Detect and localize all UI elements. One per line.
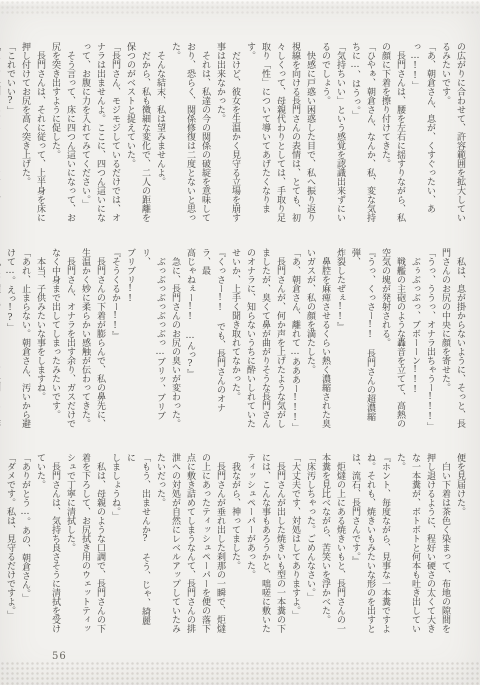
text-column: 長門さんの下着が膨らんで、私の鼻先に、 — [92, 248, 107, 428]
text-column: の上にあったティッシュペーパーを便の落下 — [197, 453, 212, 633]
text-column: そんな結末、私は望みませんよ。 — [152, 42, 167, 222]
text-column: 空気の塊が発射される。 — [377, 248, 392, 428]
text-column: 「はい、長門さん、出していいですよ。」 — [0, 42, 2, 222]
text-column: 「あれ、止まらない。朝倉さん、汚いから避 — [17, 248, 32, 428]
text-column: 急に、長門さんのお尻の臭いが変わった。 — [167, 248, 182, 428]
text-column: 『そうくるかー!!』 — [107, 248, 122, 428]
text-column: ぶっぶっぶっぶっぶっ…ブリッ、ブリブリ、 — [137, 248, 167, 428]
text-column: 炸裂したぜぇ!!』 — [332, 248, 347, 428]
text-column: 長門さんが垂れ出した刹那の一瞬で、炬燵 — [212, 453, 227, 633]
text-column: の広がりに合わせて、許容範囲を拡大してい — [452, 42, 467, 222]
text-column: なく中身まで出してしまったみたいです。 — [47, 248, 62, 428]
text-column: 門さんのお尻の中央に顔を寄せた。 — [437, 248, 452, 428]
text-column: 「長門さん、モジモジしているだけでは、オ — [107, 42, 122, 222]
text-column: 快感に戸惑い困惑した目で、私へ振り返り — [302, 42, 317, 222]
text-column: 「大丈夫です、対処はしてありますよ。」 — [287, 453, 302, 633]
text-column: 点に敷き詰めてしまうなんて、長門さんの排 — [182, 453, 197, 633]
scan-edge-highlight — [0, 0, 480, 6]
page-number: 56 — [52, 651, 67, 662]
text-column: ましたが、臭くて鼻が曲がりそうな長門さん — [257, 248, 272, 428]
text-column: 押し退けるように、程好い硬さの太くて大き — [422, 453, 437, 633]
text-column: 長門さんが出した焼きいも型の一本糞の下 — [272, 453, 287, 633]
text-band-top: の広がりに合わせて、許容範囲を拡大しているみたいです。「あ、朝倉さん、息が、くす… — [0, 42, 467, 222]
text-column: 事は出来なかった。 — [212, 42, 227, 222]
text-column: 押し付けてお尻を高く突き上げた。 — [17, 42, 32, 222]
text-column: 「気持ちいい」という感覚を認識出来ずにい — [332, 42, 347, 222]
text-column: には、こんな事もあろうかと、咄嗟に敷いた — [257, 453, 272, 633]
text-column: るみたいです。 — [437, 42, 452, 222]
text-column: 「あ、朝倉さん、離れて…あああー!!!」 — [287, 248, 302, 428]
text-column: 長門さんは、気持ち良さそうに清拭を受け — [47, 453, 62, 633]
text-column: せいか、上手く聞き取れてなかった。 — [227, 248, 242, 428]
text-column: 白い下着は茶色く染まって、布地の隙間を — [437, 453, 452, 633]
text-column: たいだった。 — [152, 453, 167, 633]
text-column: の顔に下着を擦り付けてきた。 — [377, 42, 392, 222]
text-column: ちに…、はうっ。」 — [347, 42, 362, 222]
text-column: は、流石、長門さんです。』 — [347, 453, 362, 633]
text-column: だから、私も微細な変化で、二人の距離を — [137, 42, 152, 222]
text-column: ブリブリ!! — [122, 248, 137, 428]
text-column: だけど、彼女を生温かく見守る立場を崩す — [227, 42, 242, 222]
text-column: ぶぅぶっぶっ、ブボーーン!!! — [407, 248, 422, 428]
text-column: 『ホント、毎度ながら、見事な一本糞ですよ — [377, 453, 392, 633]
text-column: けて…。えっ!?」 — [2, 248, 17, 428]
text-column: 取り「性」について導いてあげたくなります。 — [242, 42, 272, 222]
text-column: 長門さんは、腰を左右に揺すりながら、私 — [392, 42, 407, 222]
text-column: 本当、子供みたいな事をしますね。 — [32, 248, 47, 428]
text-column: 生温かく妙に柔らかい感触が伝わってきた。 — [77, 248, 92, 428]
text-column: 「もう、出ませんか? そう、じゃ、綺麗に — [122, 453, 152, 633]
text-column: 着を下ろして、お尻拭き用のウェットティッ — [77, 453, 92, 633]
text-column: 長門さんが、何か声を上げたような気がし — [272, 248, 287, 428]
text-column: 々しくって、母親代わりとしては、手取り足 — [272, 42, 287, 222]
text-column: それは、私達の今の関係の破綻を意味して — [197, 42, 212, 222]
text-column: 『くっさー!! でも、長門さんのオナラ、最 — [197, 248, 227, 428]
text-column: 私は、母親のような口調で、長門さんの下 — [92, 453, 107, 633]
text-column: そう言って、床に四つん這いになって、お — [62, 42, 77, 222]
text-column: いガスが、私の顔を満たした。 — [302, 248, 317, 428]
text-column: 視線を向ける長門さんの表情は、とても、初 — [287, 42, 302, 222]
text-column: 「あ、朝倉さん、息が、くすぐったい、あっ…!!」 — [407, 42, 437, 222]
text-column: ていた。 — [32, 453, 47, 633]
text-column: 炬燵の上にある焼きいもと、長門さんの一 — [332, 453, 347, 633]
text-column: 便を見届けた。 — [452, 453, 467, 633]
text-column: 「うっ、ううっ、オナラ出ちゃうー!!!」 — [422, 248, 437, 428]
text-column: 私は、顔を背けることなく、長門さんの排 — [0, 248, 2, 428]
scanned-book-page: の広がりに合わせて、許容範囲を拡大しているみたいです。「あ、朝倉さん、息が、くす… — [0, 0, 480, 685]
text-column: 『うっ、くっさー!! 長門さんの超濃縮弾、 — [347, 248, 377, 428]
text-column: 「ひやぁ、朝倉さん、なんか、私、変な気持 — [362, 42, 377, 222]
scan-halftone-bottom — [0, 661, 480, 685]
text-column: 「これでいい?」 — [2, 42, 17, 222]
text-column: 我ながら、神ってました。 — [227, 453, 242, 633]
text-band-middle: 私は、息が掛からないように、そっと、長門さんのお尻の中央に顔を寄せた。「うっ、う… — [0, 248, 467, 428]
text-column: な一本糞が、ボトボトと何本も吐き出していた。 — [392, 453, 422, 633]
text-column: ね。それも、焼きいもみたいな形のを出すと — [362, 453, 377, 633]
text-column: って、お腹に力を入れてみてください。」 — [77, 42, 92, 222]
text-column: 私は、息が掛からないように、そっと、長 — [452, 248, 467, 428]
text-column: のオナラに、知らないうちに酔いしれていた — [242, 248, 257, 428]
text-column: 高じゃねぇー!! …んっ?』 — [182, 248, 197, 428]
text-column: 戦艦の主砲のような轟音を立てて、高熱の — [392, 248, 407, 428]
text-column: るのでしょう。 — [317, 42, 332, 222]
text-column: シュで丁寧に清拭した。 — [62, 453, 77, 633]
text-column: 「床汚しちゃった。ごめんなさい。」 — [302, 453, 317, 633]
text-column: おり、恐らく、関係修復は二度とないと思った。 — [167, 42, 197, 222]
text-band-bottom: 便を見届けた。 白い下着は茶色く染まって、布地の隙間を押し退けるように、程好い硬… — [2, 453, 467, 633]
text-column: ナラは出ませんよ。ここに、四つん這いにな — [92, 42, 107, 222]
text-column: 長門さん、オナラを出す余り、ガスだけで — [62, 248, 77, 428]
text-column: ティッシュペーパーがあった。 — [242, 453, 257, 633]
text-column: しましょうね。」 — [107, 453, 122, 633]
scan-halftone-top — [0, 0, 480, 14]
text-column: 泄への対処が自然にレベルアップしていたみ — [167, 453, 182, 633]
text-column: 「ありがとう…。あの、朝倉さん。」 — [17, 453, 32, 633]
text-column: 本糞を見比べながら、苦笑いを浮かべた。 — [317, 453, 332, 633]
text-column: 尻を突き出すように促した。 — [47, 42, 62, 222]
text-column: 保つのがベストと捉えていた。 — [122, 42, 137, 222]
text-column: 長門さんは、それに従って、上半身を床に — [32, 42, 47, 222]
text-column: 鼻腔を麻痺させるくらい熱く濃縮された臭 — [317, 248, 332, 428]
text-column: 「ダメです。私は、見守るだけですよ。」 — [2, 453, 17, 633]
